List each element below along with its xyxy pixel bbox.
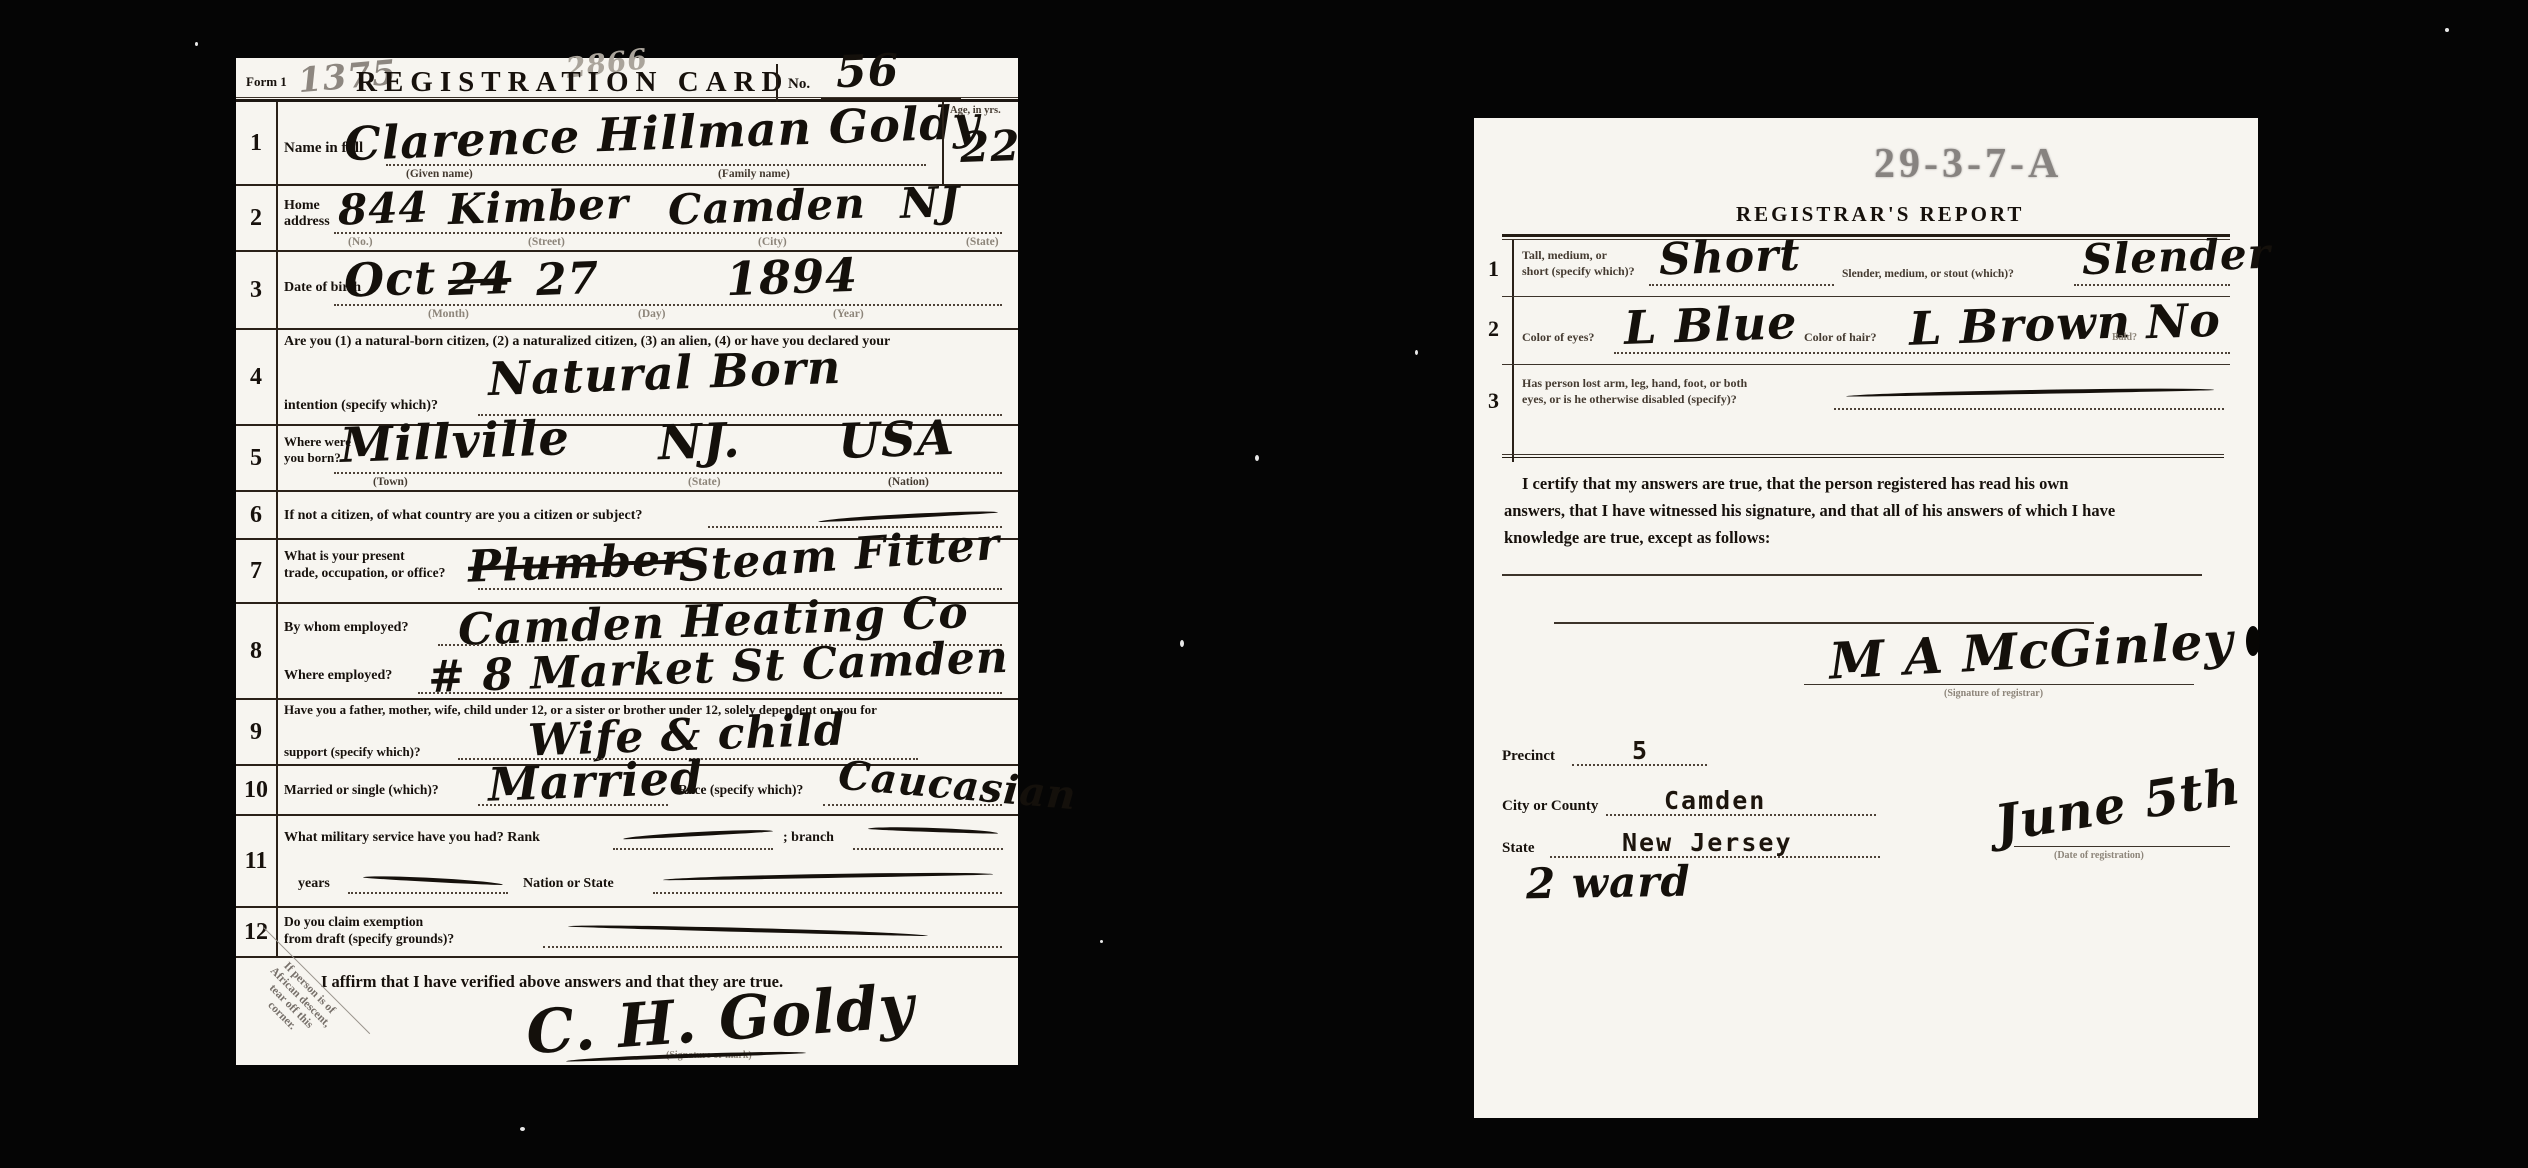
pen-stroke	[868, 826, 998, 835]
certification-line2: answers, that I have witnessed his signa…	[1504, 497, 2115, 524]
employer-label: By whom employed?	[284, 620, 408, 636]
eyes-label: Color of eyes?	[1522, 330, 1594, 345]
alien-country-label: If not a citizen, of what country are yo…	[284, 508, 642, 524]
address-city-value: Camden	[667, 183, 866, 232]
dob-year-value: 1894	[725, 252, 859, 303]
bald-label: Bald?	[2112, 332, 2137, 343]
certification-line1: I certify that my answers are true, that…	[1522, 470, 2068, 497]
registration-date-value: June 5th	[1992, 761, 2245, 849]
year-sublabel: (Year)	[833, 308, 864, 320]
home-label: Home	[284, 198, 320, 214]
row-number: 5	[236, 426, 278, 490]
city-county-label: City or County	[1502, 798, 1598, 815]
precinct-value: 5	[1632, 736, 1649, 765]
pen-stroke	[663, 871, 993, 881]
row-number: 3	[1488, 388, 1499, 414]
street-sublabel: (Street)	[528, 236, 565, 248]
state-sublabel: (State)	[966, 236, 999, 248]
row-number: 2	[1488, 316, 1499, 342]
dob-day-value: 27	[535, 257, 600, 303]
row-number: 11	[236, 816, 278, 906]
registrar-signature: M A McGinley	[1828, 615, 2235, 686]
registration-date-sublabel: (Date of registration)	[2054, 850, 2144, 861]
pen-stroke	[568, 923, 928, 936]
row-number: 10	[236, 766, 278, 814]
height-value: Short	[1658, 234, 1801, 283]
day-sublabel: (Day)	[638, 308, 665, 320]
row-number: 7	[236, 540, 278, 602]
no-sublabel: (No.)	[348, 236, 373, 248]
state-sublabel: (State)	[688, 476, 721, 488]
row-home-address: 2 Home address 844 Kimber Camden NJ (No.…	[236, 186, 1018, 252]
given-name-sublabel: (Given name)	[406, 168, 473, 180]
city-county-value: Camden	[1664, 786, 1766, 815]
address-street-value: Kimber	[447, 183, 629, 231]
dob-struck-value: 24	[447, 257, 512, 303]
row-number: 2	[236, 186, 278, 250]
citizenship-question-line2: intention (specify which)?	[284, 398, 438, 414]
nation-or-state-label: Nation or State	[523, 876, 614, 892]
occupation-label-line2: trade, occupation, or office?	[284, 565, 445, 581]
town-sublabel: (Town)	[373, 476, 408, 488]
age-box: Age, in yrs. 22	[942, 102, 1018, 184]
pen-stroke	[363, 874, 503, 885]
month-sublabel: (Month)	[428, 308, 469, 320]
file-number-stamp: 29-3-7-A	[1874, 140, 2062, 188]
registrars-report-card: 29-3-7-A REGISTRAR'S REPORT 1 Tall, medi…	[1474, 118, 2258, 1118]
birth-nation-value: USA	[837, 414, 955, 466]
row-number: 1	[1488, 256, 1499, 282]
bald-value: No	[2145, 297, 2221, 346]
row-number: 9	[236, 700, 278, 764]
exemption-label-line1: Do you claim exemption	[284, 914, 423, 930]
row-married-race: 10 Married or single (which)? Married Ra…	[236, 766, 1018, 816]
state-label: State	[1502, 840, 1535, 857]
row-number: 4	[236, 330, 278, 424]
age-value: 22	[959, 125, 1021, 169]
registration-card-header: Form 1 1375 2866 REGISTRATION CARD No. 5…	[236, 58, 1018, 102]
no-value: 56	[835, 49, 900, 95]
race-label: Race (specify which)?	[678, 782, 803, 798]
row-name-in-full: 1 Name in full Clarence Hillman Goldy (G…	[236, 102, 1018, 186]
scan-artifact	[2246, 626, 2260, 656]
build-label-line2: short (specify which)?	[1522, 264, 1635, 279]
military-label: What military service have you had? Rank	[284, 830, 540, 846]
hair-color-value: L Brown	[1908, 298, 2132, 352]
registration-card: Form 1 1375 2866 REGISTRATION CARD No. 5…	[236, 58, 1018, 1065]
row-date-of-birth: 3 Date of birth Oct 24 27 1894 (Month) (…	[236, 252, 1018, 330]
pen-stroke	[623, 828, 773, 840]
branch-label: ; branch	[783, 830, 834, 846]
where-employed-label: Where employed?	[284, 668, 392, 684]
birth-state-value: NJ.	[657, 417, 741, 468]
dependents-question-line2: support (specify which)?	[284, 744, 421, 760]
dob-month-value: Oct	[343, 254, 437, 303]
pen-stroke	[1846, 387, 2214, 397]
race-value: Caucasian	[837, 756, 1078, 817]
row-birthplace: 5 Where were you born? Millville NJ. USA…	[236, 426, 1018, 492]
citizenship-value: Natural Born	[487, 344, 842, 402]
row-number: 3	[236, 252, 278, 328]
address-state-value: NJ	[899, 181, 961, 225]
name-value: Clarence Hillman Goldy	[343, 99, 981, 167]
age-label: Age, in yrs.	[950, 105, 1001, 116]
nation-sublabel: (Nation)	[888, 476, 929, 488]
married-value: Married	[487, 754, 704, 807]
precinct-label: Precinct	[1502, 748, 1555, 765]
row-employer: 8 By whom employed? Camden Heating Co Wh…	[236, 604, 1018, 700]
occupation-struck-value: Plumber	[467, 538, 686, 590]
row-exemption: 12 Do you claim exemption from draft (sp…	[236, 908, 1018, 958]
row-number: 6	[236, 492, 278, 538]
eye-color-value: L Blue	[1623, 299, 1798, 351]
build-mid-label: Slender, medium, or stout (which)?	[1842, 268, 2014, 280]
birthplace-label-line2: you born?	[284, 450, 341, 466]
address-label: address	[284, 214, 330, 230]
birth-town-value: Millville	[339, 414, 571, 470]
disability-label-line1: Has person lost arm, leg, hand, foot, or…	[1522, 376, 1747, 391]
ward-value: 2 ward	[1526, 861, 1691, 906]
row-number: 1	[236, 102, 278, 184]
report-title: REGISTRAR'S REPORT	[1736, 202, 2024, 227]
build-value: Slender	[2081, 233, 2271, 282]
form-number-label: Form 1	[246, 74, 287, 90]
years-label: years	[298, 876, 330, 892]
build-label-line1: Tall, medium, or	[1522, 248, 1607, 263]
disability-label-line2: eyes, or is he otherwise disabled (speci…	[1522, 392, 1737, 407]
no-label: No.	[788, 76, 810, 93]
row-number-divider	[1512, 240, 1514, 462]
city-sublabel: (City)	[758, 236, 787, 248]
exemption-label-line2: from draft (specify grounds)?	[284, 931, 454, 947]
married-label: Married or single (which)?	[284, 782, 439, 798]
hair-label: Color of hair?	[1804, 330, 1876, 345]
family-name-sublabel: (Family name)	[718, 168, 790, 180]
address-no-value: 844	[337, 186, 429, 231]
state-value: New Jersey	[1622, 828, 1793, 857]
registrar-signature-sublabel: (Signature of registrar)	[1944, 688, 2043, 699]
exception-blank-line	[1502, 574, 2202, 576]
row-military-service: 11 What military service have you had? R…	[236, 816, 1018, 908]
occupation-label-line1: What is your present	[284, 548, 405, 564]
row-number: 8	[236, 604, 278, 698]
card-title: REGISTRATION CARD	[356, 66, 789, 99]
certification-line3: knowledge are true, except as follows:	[1504, 524, 1770, 551]
